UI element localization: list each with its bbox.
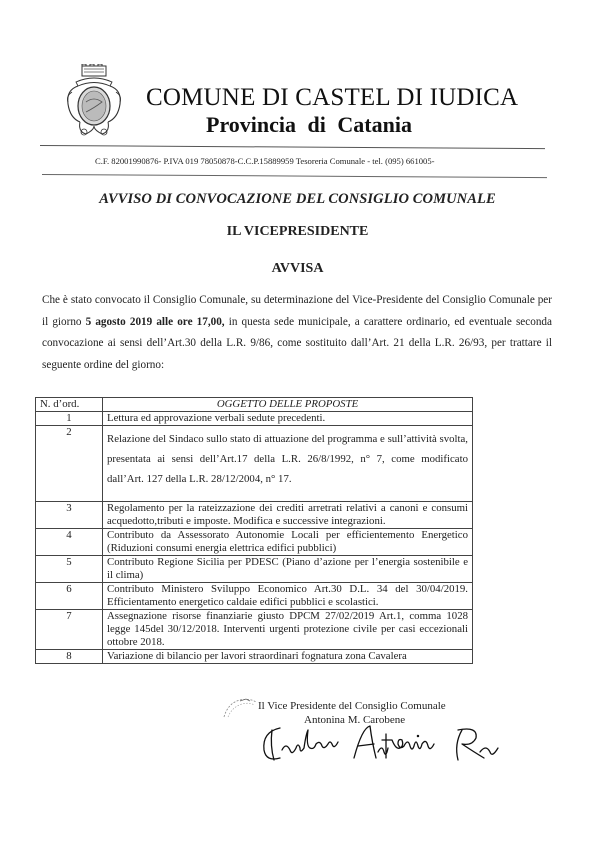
handwritten-signature-icon bbox=[258, 722, 508, 768]
agenda-item-subject: Relazione del Sindaco sullo stato di att… bbox=[103, 426, 473, 502]
agenda-item-subject: Variazione di bilancio per lavori straor… bbox=[103, 650, 473, 664]
table-row: 7Assegnazione risorse finanziarie giusto… bbox=[36, 610, 473, 650]
agenda-item-number: 1 bbox=[36, 412, 103, 426]
notice-verb: AVVISA bbox=[0, 261, 595, 277]
signatory-role: Il Vice Presidente del Consiglio Comunal… bbox=[258, 700, 446, 712]
table-row: 1Lettura ed approvazione verbali sedute … bbox=[36, 412, 473, 426]
agenda-item-subject: Lettura ed approvazione verbali sedute p… bbox=[103, 412, 473, 426]
agenda-item-number: 3 bbox=[36, 502, 103, 529]
municipality-name: COMUNE DI CASTEL DI IUDICA bbox=[146, 84, 518, 112]
agenda-item-number: 7 bbox=[36, 610, 103, 650]
header-divider bbox=[42, 174, 547, 178]
table-row: 5Contributo Regione Sicilia per PDESC (P… bbox=[36, 556, 473, 583]
agenda-table: N. d’ord. OGGETTO DELLE PROPOSTE 1Lettur… bbox=[35, 397, 473, 664]
header-divider bbox=[40, 145, 545, 149]
table-row: 6Contributo Ministero Sviluppo Economico… bbox=[36, 583, 473, 610]
column-header-number: N. d’ord. bbox=[36, 398, 103, 412]
coat-of-arms-icon bbox=[60, 64, 128, 138]
table-row: 4Contributo da Assessorato Autonomie Loc… bbox=[36, 529, 473, 556]
agenda-item-subject: Contributo da Assessorato Autonomie Loca… bbox=[103, 529, 473, 556]
notice-title: AVVISO DI CONVOCAZIONE DEL CONSIGLIO COM… bbox=[0, 191, 595, 208]
agenda-item-number: 6 bbox=[36, 583, 103, 610]
agenda-item-number: 4 bbox=[36, 529, 103, 556]
notice-issuer: IL VICEPRESIDENTE bbox=[0, 224, 595, 240]
agenda-item-subject: Contributo Regione Sicilia per PDESC (Pi… bbox=[103, 556, 473, 583]
column-header-subject: OGGETTO DELLE PROPOSTE bbox=[103, 398, 473, 412]
agenda-item-subject: Regolamento per la rateizzazione dei cre… bbox=[103, 502, 473, 529]
agenda-item-subject: Contributo Ministero Sviluppo Economico … bbox=[103, 583, 473, 610]
table-header-row: N. d’ord. OGGETTO DELLE PROPOSTE bbox=[36, 398, 473, 412]
table-row: 2Relazione del Sindaco sullo stato di at… bbox=[36, 426, 473, 502]
agenda-item-number: 2 bbox=[36, 426, 103, 502]
table-row: 8Variazione di bilancio per lavori strao… bbox=[36, 650, 473, 664]
official-stamp-icon bbox=[220, 697, 260, 719]
province-name: Provincia di Catania bbox=[206, 112, 412, 138]
agenda-item-number: 8 bbox=[36, 650, 103, 664]
fiscal-info-line: C.F. 82001990876- P.IVA 019 78050878-C.C… bbox=[95, 156, 435, 166]
notice-body: Che è stato convocato il Consiglio Comun… bbox=[42, 290, 552, 376]
table-row: 3Regolamento per la rateizzazione dei cr… bbox=[36, 502, 473, 529]
agenda-item-subject: Assegnazione risorse finanziarie giusto … bbox=[103, 610, 473, 650]
meeting-date-time: 5 agosto 2019 alle ore 17,00, bbox=[86, 316, 225, 328]
agenda-item-number: 5 bbox=[36, 556, 103, 583]
